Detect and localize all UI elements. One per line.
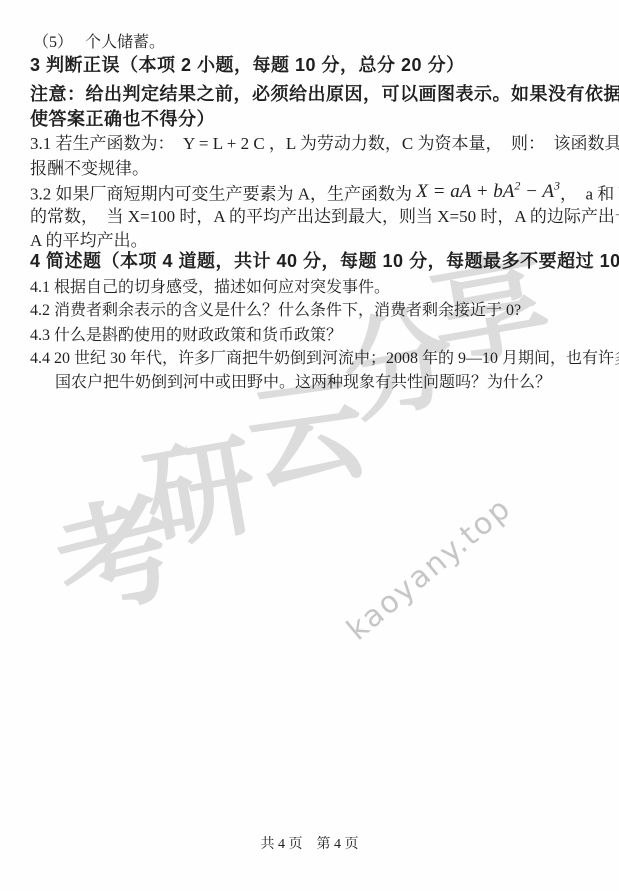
section-3-note-line-1: 注意：给出判定结果之前，必须给出原因，可以画图表示。如果没有依据，即: [30, 83, 619, 106]
question-3-2-line-3: A 的平均产出。: [30, 230, 148, 251]
question-3-1-line-1: 3.1 若生产函数为： Y = L + 2 C ，L 为劳动力数，C 为资本量，…: [30, 133, 619, 154]
question-3-2-line-2: 的常数， 当 X=100 时，A 的平均产出达到最大，则当 X=50 时，A 的…: [30, 206, 619, 227]
scanned-exam-page: 考 研 云 分 享 kaoyany.top （5） 个人储蓄。 3 判断正误（本…: [0, 0, 619, 891]
section-3-heading: 3 判断正误（本项 2 小题，每题 10 分，总分 20 分）: [30, 54, 465, 77]
item-5-personal-savings: （5） 个人储蓄。: [33, 33, 165, 53]
question-4-2: 4.2 消费者剩余表示的含义是什么？什么条件下，消费者剩余接近于 0?: [30, 301, 521, 321]
section-3-note-line-2: 使答案正确也不得分）: [30, 108, 215, 131]
formula-body-2: − A: [520, 181, 554, 202]
question-3-2-line-1: 3.2 如果厂商短期内可变生产要素为 A，生产函数为 X = aA + bA2 …: [30, 181, 619, 206]
question-4-4-line-1: 4.4 20 世纪 30 年代，许多厂商把牛奶倒到河流中；2008 年的 9—1…: [30, 349, 619, 369]
question-3-1-line-2: 报酬不变规律。: [30, 158, 149, 179]
question-3-2-suffix: ， a 和 b 是正: [560, 184, 619, 203]
question-4-1: 4.1 根据自己的切身感受，描述如何应对突发事件。: [30, 278, 390, 298]
formula-exponent-3: 3: [554, 179, 560, 193]
document-text: （5） 个人储蓄。 3 判断正误（本项 2 小题，每题 10 分，总分 20 分…: [0, 0, 619, 891]
section-4-heading: 4 简述题（本项 4 道题，共计 40 分，每题 10 分，每题最多不要超过 1…: [30, 250, 619, 273]
question-3-2-prefix: 3.2 如果厂商短期内可变生产要素为 A，生产函数为: [30, 184, 416, 203]
question-4-3: 4.3 什么是斟酌使用的财政政策和货币政策？: [30, 326, 342, 346]
question-4-4-line-2: 国农户把牛奶倒到河中或田野中。这两种现象有共性问题吗？为什么？: [55, 373, 551, 393]
page-footer: 共 4 页 第 4 页: [0, 833, 619, 853]
production-function-formula: X = aA + bA2 − A3: [416, 181, 560, 202]
formula-body-1: X = aA + bA: [416, 181, 514, 202]
